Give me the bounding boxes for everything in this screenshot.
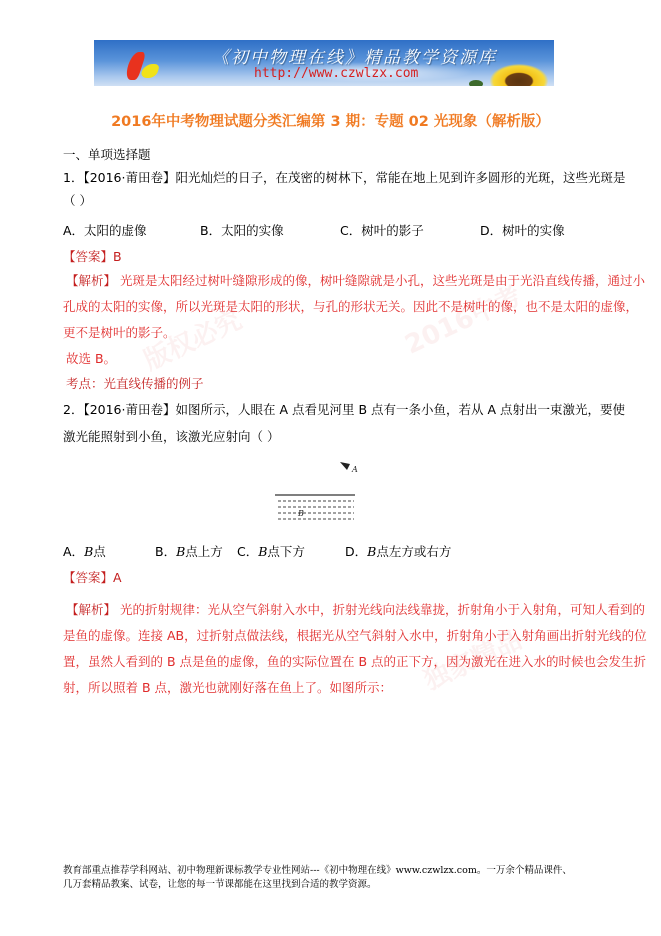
footer-line-2: 几万套精品教案、试卷，让您的每一节课都能在这里找到合适的教学资源。 <box>63 878 572 892</box>
question-2-stem-line-2: 激光能照射到小鱼，该激光应射向（ ） <box>63 427 279 445</box>
page-footer: 教育部重点推荐学科网站、初中物理新课标教学专业性网站---《初中物理在线》www… <box>63 864 572 892</box>
question-1-option-b: B．太阳的实像 <box>200 221 284 239</box>
option-text: 点上方 <box>185 544 223 559</box>
analysis-label: 【解析】 <box>66 602 116 617</box>
site-banner: 《初中物理在线》精品教学资源库 http://www.czwlzx.com <box>94 40 554 86</box>
question-1-kaodian: 考点：光直线传播的例子 <box>66 374 204 392</box>
option-text: 点 <box>93 544 106 559</box>
eye-water-diagram: A B <box>270 458 370 528</box>
banner-url[interactable]: http://www.czwlzx.com <box>254 66 418 81</box>
question-2-option-b: B．B点上方 <box>155 542 223 560</box>
footer-line-1: 教育部重点推荐学科网站、初中物理新课标教学专业性网站---《初中物理在线》www… <box>63 864 572 878</box>
option-variable: B <box>84 544 93 559</box>
option-variable: B <box>176 544 185 559</box>
question-2-analysis-line-3: 置，虽然人看到的 B 点是鱼的虚像，鱼的实际位置在 B 点的正下方，因为激光在进… <box>63 652 646 670</box>
logo-accent-icon <box>140 64 161 78</box>
answer-value: A <box>113 570 122 585</box>
question-2-answer: 【答案】A <box>63 568 122 586</box>
banner-title: 《初中物理在线》精品教学资源库 <box>212 43 497 68</box>
option-variable: B <box>367 544 376 559</box>
question-1-option-a: A．太阳的虚像 <box>63 221 147 239</box>
question-1-analysis-line-1: 【解析】 光斑是太阳经过树叶缝隙形成的像，树叶缝隙就是小孔，这些光斑是由于光沿直… <box>66 271 645 289</box>
question-1-stem: 1．【2016·莆田卷】阳光灿烂的日子，在茂密的树林下，常能在地上见到许多圆形的… <box>63 168 626 186</box>
question-2-analysis-line-2: 是鱼的虚像。连接 AB，过折射点做法线，根据光从空气斜射入水中，折射角小于入射角… <box>63 626 647 644</box>
question-1-blank: （ ） <box>63 191 92 209</box>
option-prefix: B． <box>155 544 176 559</box>
question-1-conclusion: 故选 B。 <box>66 349 116 367</box>
question-1-answer: 【答案】B <box>63 247 122 265</box>
option-prefix: A． <box>63 544 84 559</box>
leaf-decoration <box>469 80 483 86</box>
question-2-figure: A B <box>270 458 370 528</box>
question-1-option-d: D．树叶的实像 <box>480 221 565 239</box>
question-1-analysis-line-2: 孔成的太阳的实像，所以光斑是太阳的形状，与孔的形状无关。因此不是树叶的像，也不是… <box>63 297 638 315</box>
section-heading: 一、单项选择题 <box>63 145 151 163</box>
question-2-stem: 2．【2016·莆田卷】如图所示，人眼在 A 点看见河里 B 点有一条小鱼，若从… <box>63 400 625 418</box>
sunflower-image <box>490 64 548 86</box>
svg-text:A: A <box>351 465 358 474</box>
question-1-analysis-line-3: 更不是树叶的影子。 <box>63 323 176 341</box>
option-text: 点左方或右方 <box>376 544 451 559</box>
option-text: 点下方 <box>267 544 305 559</box>
question-2-option-a: A．B点 <box>63 542 106 560</box>
question-2-option-d: D．B点左方或右方 <box>345 542 451 560</box>
option-prefix: C． <box>237 544 258 559</box>
analysis-text: 光斑是太阳经过树叶缝隙形成的像，树叶缝隙就是小孔，这些光斑是由于光沿直线传播，通… <box>120 273 645 288</box>
answer-label: 【答案】 <box>63 570 113 585</box>
question-2-analysis-line-1: 【解析】 光的折射规律：光从空气斜射入水中，折射光线向法线靠拢，折射角小于入射角… <box>66 600 645 618</box>
option-prefix: D． <box>345 544 367 559</box>
svg-text:B: B <box>297 509 304 518</box>
question-2-analysis-line-4: 射，所以照着 B 点，激光也就刚好落在鱼上了。如图所示： <box>63 678 392 696</box>
document-title: 2016年中考物理试题分类汇编第 3 期：专题 02 光现象（解析版） <box>0 110 661 131</box>
analysis-text: 光的折射规律：光从空气斜射入水中，折射光线向法线靠拢，折射角小于入射角，可知人看… <box>120 602 645 617</box>
question-1-option-c: C．树叶的影子 <box>340 221 424 239</box>
answer-value: B <box>113 249 122 264</box>
question-2-option-c: C．B点下方 <box>237 542 305 560</box>
answer-label: 【答案】 <box>63 249 113 264</box>
analysis-label: 【解析】 <box>66 273 116 288</box>
